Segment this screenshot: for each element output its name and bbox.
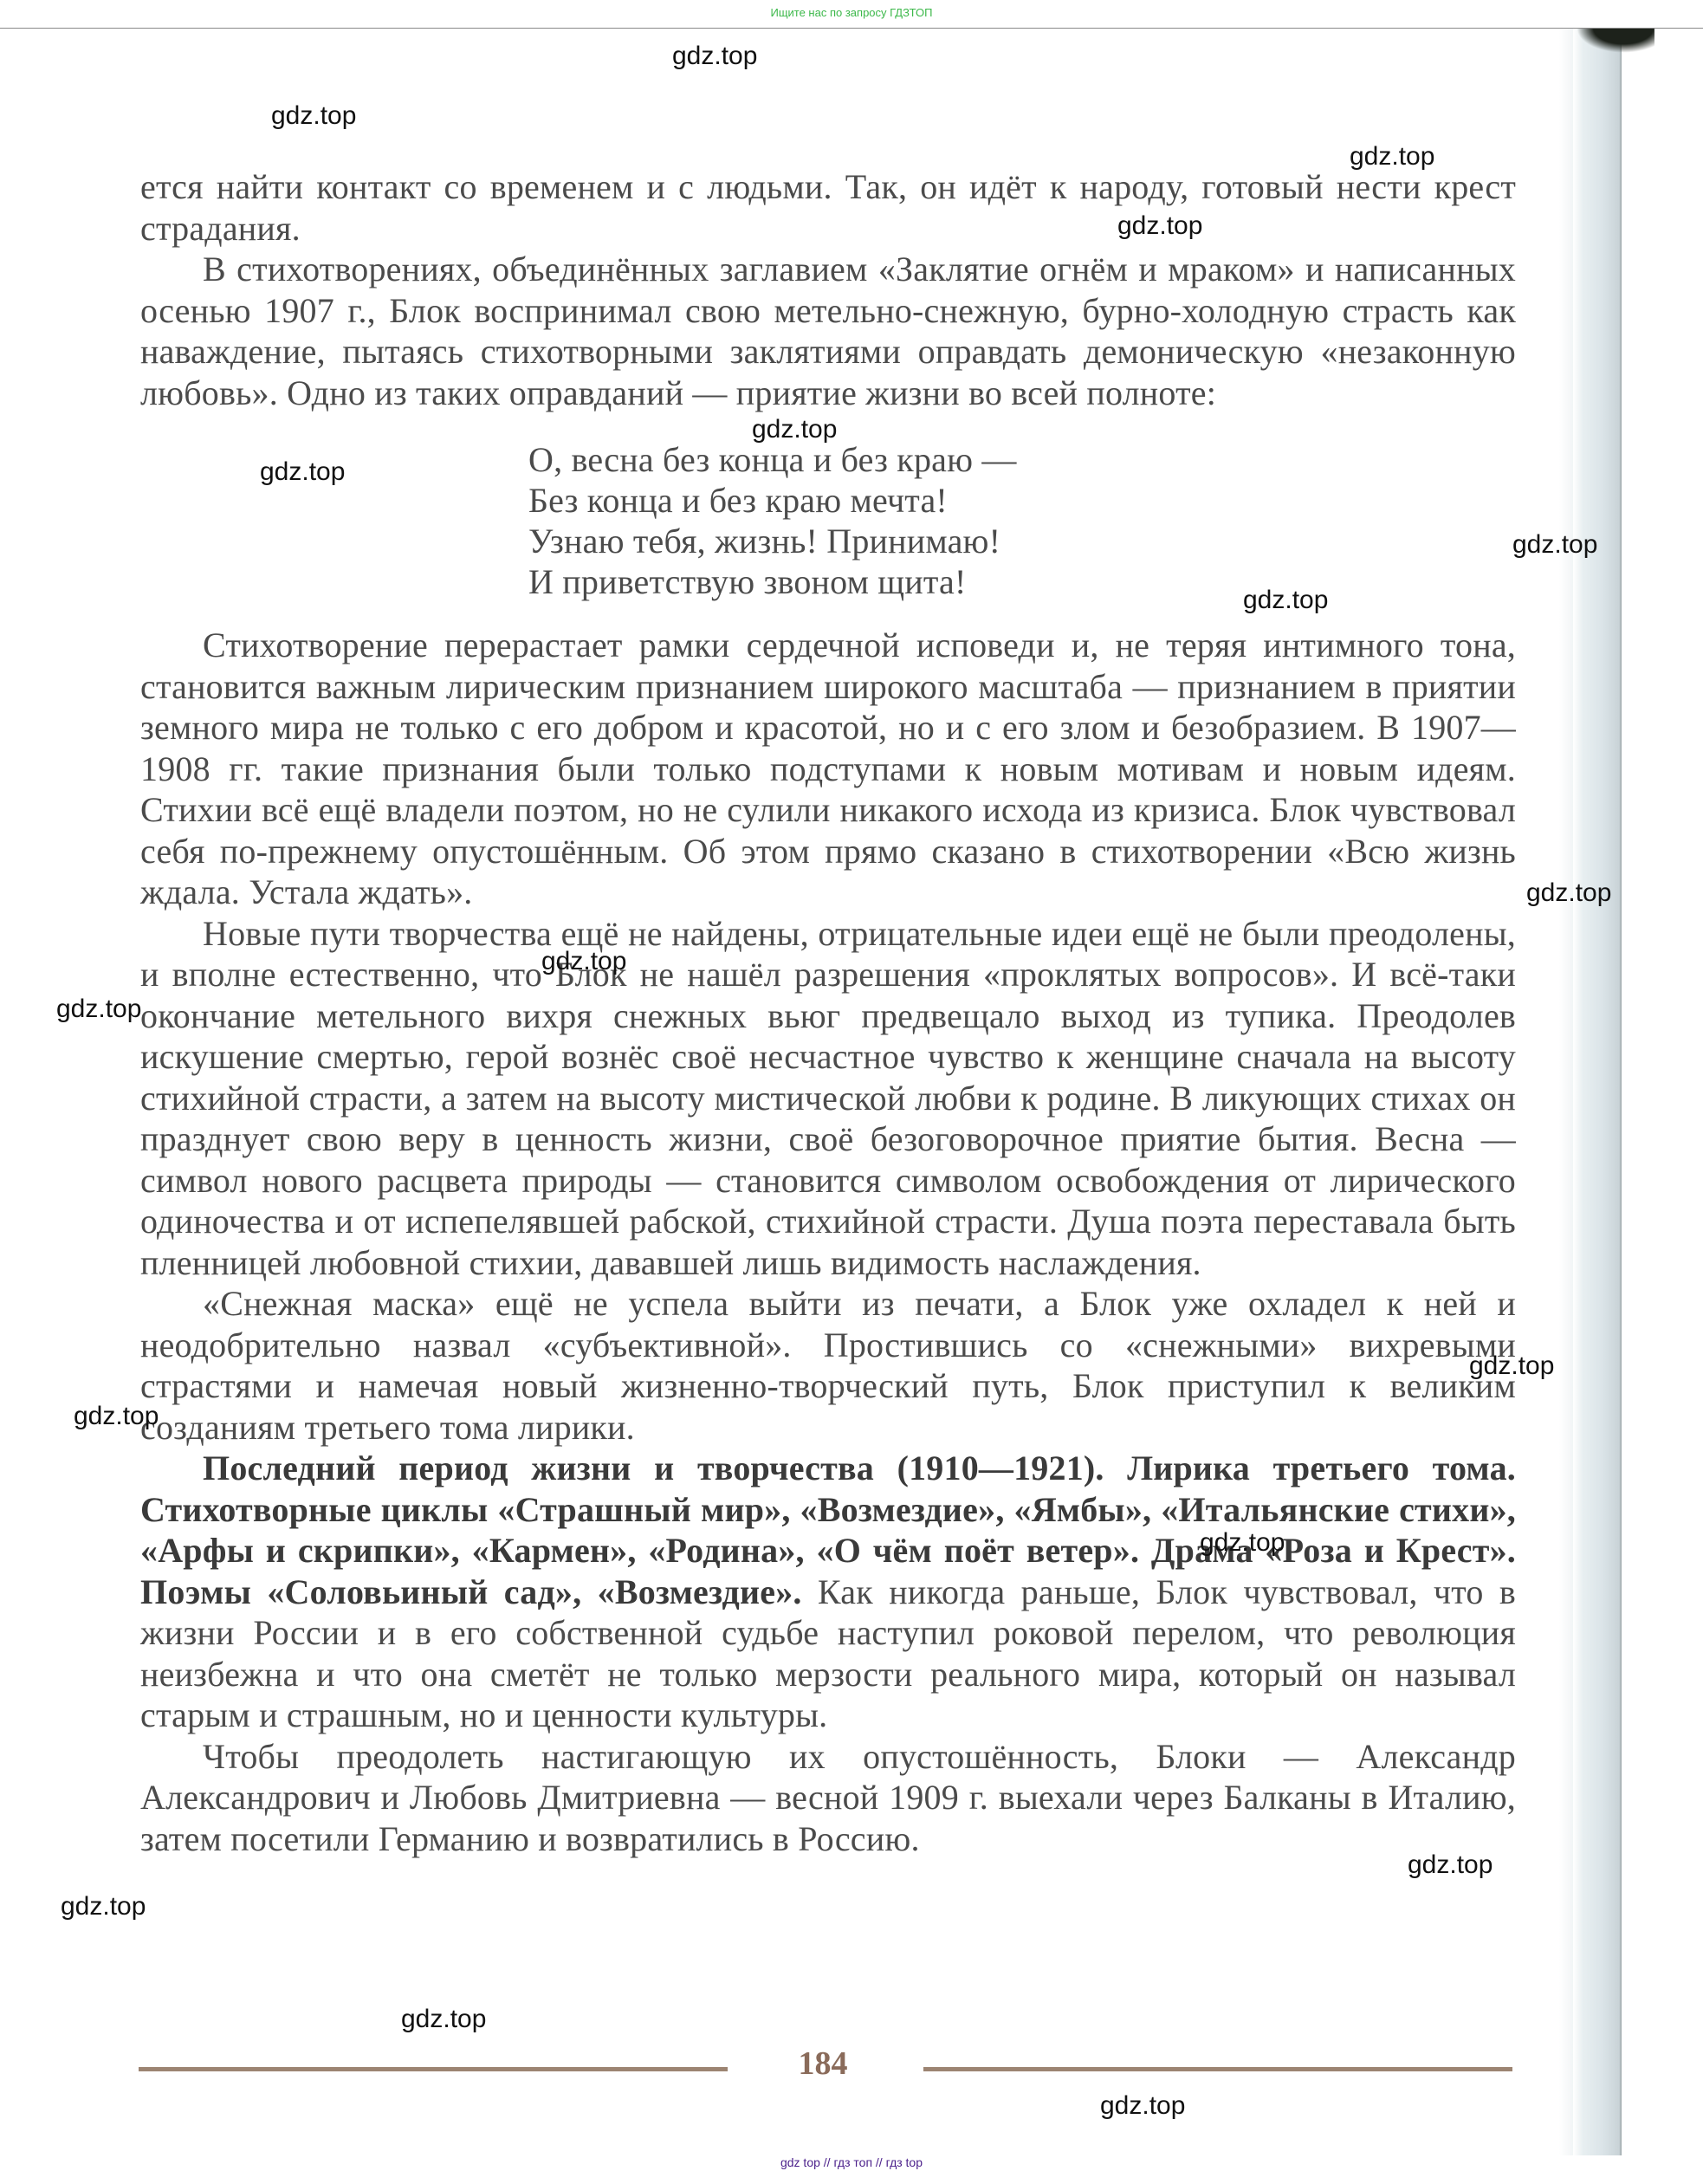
footer-rule-left <box>139 2067 728 2071</box>
watermark: gdz.top <box>541 947 626 976</box>
watermark: gdz.top <box>61 1892 146 1922</box>
paragraph-5: «Снежная маска» ещё не успела выйти из п… <box>140 1283 1516 1448</box>
poem-line: Узнаю тебя, жизнь! Принимаю! <box>528 521 1516 561</box>
page-number: 184 <box>797 2045 849 2083</box>
paragraph-7: Чтобы преодолеть настигающую их опустошё… <box>140 1736 1516 1860</box>
paragraph-1: ется найти контакт со временем и с людьм… <box>140 166 1516 249</box>
watermark: gdz.top <box>1200 1528 1285 1558</box>
paragraph-6: Последний период жизни и творчества (191… <box>140 1448 1516 1736</box>
watermark: gdz.top <box>1469 1351 1554 1381</box>
watermark: gdz.top <box>271 101 356 131</box>
watermark: gdz.top <box>1408 1850 1493 1880</box>
poem-line: И приветствую звоном щита! <box>528 561 1516 602</box>
watermark: gdz.top <box>752 415 837 444</box>
watermark: gdz.top <box>1512 530 1597 560</box>
paragraph-3: Стихотворение перерастает рамки сердечно… <box>140 625 1516 913</box>
paragraph-2: В стихотворениях, объединённых заглавием… <box>140 249 1516 413</box>
watermark: gdz.top <box>74 1402 159 1431</box>
poem-quote: О, весна без конца и без краю — Без конц… <box>528 439 1516 602</box>
paragraph-4: Новые пути творчества ещё не найдены, от… <box>140 913 1516 1284</box>
poem-line: Без конца и без краю мечта! <box>528 480 1516 521</box>
watermark: gdz.top <box>260 457 345 487</box>
page-edge-shadow <box>1559 29 1573 2155</box>
book-page-edge <box>1573 29 1622 2155</box>
poem-line: О, весна без конца и без краю — <box>528 439 1516 480</box>
watermark: gdz.top <box>56 995 141 1024</box>
footer-links[interactable]: gdz top // гдз топ // гдз top <box>0 2155 1703 2169</box>
watermark: gdz.top <box>401 2005 486 2034</box>
footer-rule-right <box>923 2067 1512 2071</box>
watermark: gdz.top <box>1117 211 1202 241</box>
watermark: gdz.top <box>672 42 757 71</box>
top-banner: Ищите нас по запросу ГДЗТОП <box>0 0 1703 28</box>
watermark: gdz.top <box>1526 878 1611 908</box>
watermark: gdz.top <box>1100 2091 1185 2121</box>
book-corner <box>1577 29 1654 53</box>
watermark: gdz.top <box>1243 586 1328 615</box>
top-divider <box>0 28 1703 29</box>
watermark: gdz.top <box>1350 142 1434 172</box>
